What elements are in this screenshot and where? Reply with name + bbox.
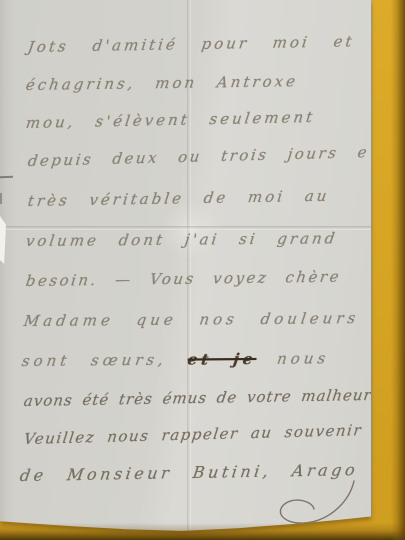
handwritten-line: mou, s'élèvent seulement <box>25 108 317 132</box>
handwritten-line: Madame que nos douleurs <box>23 309 361 330</box>
handwritten-line: Veuillez nous rappeler au souvenir <box>23 421 364 448</box>
line-segment: sont sœurs, <box>21 351 189 370</box>
signature-flourish <box>258 479 362 529</box>
handwritten-line: échagrins, mon Antroxe <box>25 72 300 94</box>
handwritten-line: volume dont j'ai si grand <box>25 229 339 250</box>
line-segment: nous <box>255 349 331 368</box>
handwritten-line: avons été très émus de votre malheur. <box>23 386 371 410</box>
photo-of-letter: Jots d'amitié pour moi et échagrins, mon… <box>0 0 405 540</box>
handwritten-line: très véritable de moi au <box>27 187 331 210</box>
letter-page: Jots d'amitié pour moi et échagrins, mon… <box>0 0 371 533</box>
left-edge-ink-tick <box>0 193 2 204</box>
paper-shadow: Jots d'amitié pour moi et échagrins, mon… <box>0 0 405 540</box>
handwritten-line: depuis deux ou trois jours e <box>27 143 370 170</box>
handwritten-line: Jots d'amitié pour moi et <box>27 32 356 56</box>
struck-words: et je <box>186 350 257 369</box>
left-edge-ink-dash <box>0 176 13 178</box>
handwritten-line-with-strikethrough: sont sœurs, et je nous <box>21 349 331 370</box>
left-edge-paper-sliver <box>0 216 6 264</box>
handwritten-line: besoin. — Vous voyez chère <box>25 268 343 290</box>
